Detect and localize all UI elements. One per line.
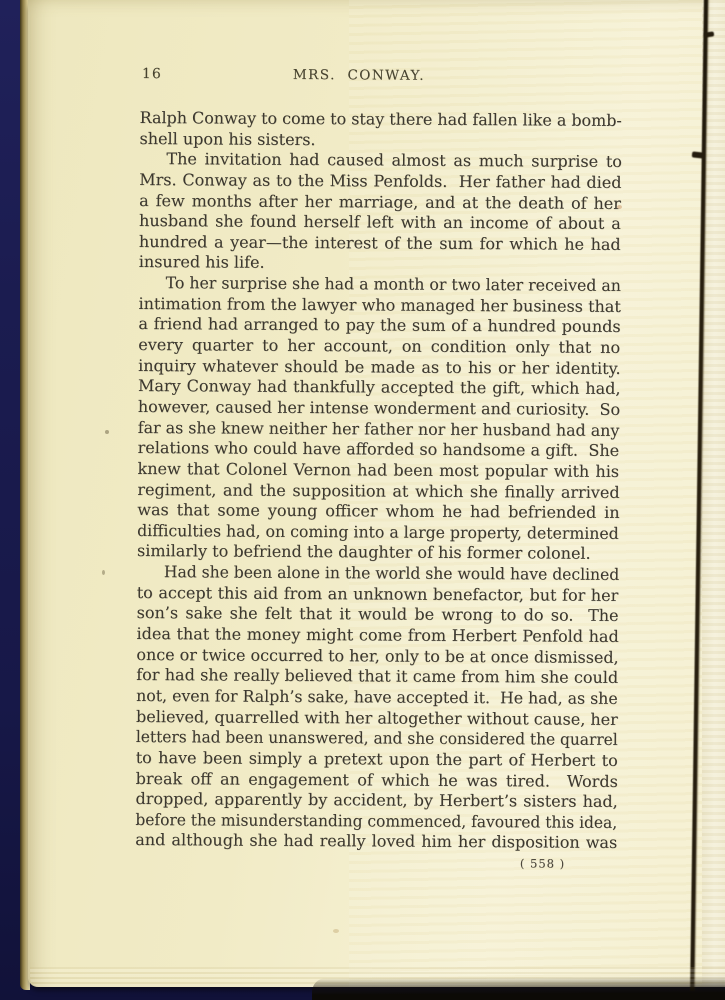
text-line: husband she found herself left with an i…	[139, 211, 621, 235]
text-line-content: insured his life.	[139, 252, 265, 273]
foxing-speck	[105, 430, 109, 434]
text-line: every quarter to her account, on conditi…	[138, 335, 620, 359]
text-line-content: letters had been unanswered, and she con…	[136, 727, 618, 751]
text-line-content: to have been simply a pretext upon the p…	[136, 748, 618, 772]
text-line-content: Had she been alone in the world she woul…	[164, 562, 619, 585]
text-line: shell upon his sisters.	[139, 129, 621, 153]
text-line: far as she knew neither her father nor h…	[138, 418, 620, 442]
text-line-content: was that some young officer whom he had …	[137, 500, 619, 524]
text-line: break off an engagement of which he was …	[136, 768, 618, 792]
text-line: intimation from the lawyer who managed h…	[138, 294, 620, 318]
text-line: to have been simply a pretext upon the p…	[136, 748, 618, 772]
text-line: a few months after her marriage, and at …	[139, 191, 621, 215]
text-line-content: hundred a year—the interest of the sum f…	[139, 232, 621, 256]
text-line: insured his life.	[139, 252, 621, 276]
text-line: to accept this aid from an unknown benef…	[137, 583, 619, 607]
text-line: not, even for Ralph’s sake, have accepte…	[136, 686, 618, 710]
text-line-content: Ralph Conway to come to stay there had f…	[140, 108, 622, 132]
text-line-content: for had she really believed that it came…	[136, 665, 618, 689]
text-line-content: regiment, and the supposition at which s…	[137, 480, 619, 504]
text-line: believed, quarrelled with her altogether…	[136, 707, 618, 731]
text-line-content: before the misunderstanding commenced, f…	[135, 810, 617, 834]
foxing-speck	[102, 570, 105, 575]
text-line-content: not, even for Ralph’s sake, have accepte…	[136, 686, 618, 710]
text-line: dropped, apparently by accident, by Herb…	[135, 789, 617, 813]
foxing-speck	[333, 929, 339, 933]
text-line-content: however, caused her intense wonderment a…	[138, 397, 620, 421]
running-header: MRS. CONWAY.	[118, 66, 600, 85]
plate-number: ( 558 )	[135, 854, 617, 871]
text-line: son’s sake she felt that it would be wro…	[137, 603, 619, 627]
text-line-content: To her surprise she had a month or two l…	[166, 273, 621, 296]
text-line-content: and although she had really loved him he…	[135, 830, 617, 854]
text-line: letters had been unanswered, and she con…	[136, 727, 618, 751]
text-line: however, caused her intense wonderment a…	[138, 397, 620, 421]
body-text: Ralph Conway to come to stay there had f…	[135, 108, 622, 854]
text-line-content: a few months after her marriage, and at …	[139, 191, 621, 215]
book-page: 16 MRS. CONWAY. Ralph Conway to come to …	[28, 0, 725, 987]
bottom-shadow	[312, 976, 725, 1000]
text-line-content: difficulties had, on coming into a large…	[137, 521, 619, 545]
text-line: Had she been alone in the world she woul…	[137, 562, 619, 586]
text-line-content: relations who could have afforded so han…	[138, 438, 620, 462]
text-line-content: to accept this aid from an unknown benef…	[137, 583, 619, 607]
text-line-content: Mary Conway had thankfully accepted the …	[138, 376, 621, 400]
text-line-content: break off an engagement of which he was …	[136, 768, 618, 792]
text-line-content: far as she knew neither her father nor h…	[138, 418, 620, 442]
text-line: difficulties had, on coming into a large…	[137, 521, 619, 545]
text-line: regiment, and the supposition at which s…	[137, 480, 619, 504]
text-line: once or twice occurred to her, only to b…	[136, 645, 618, 669]
text-line: inquiry whatever should be made as to hi…	[138, 356, 620, 380]
text-line-content: intimation from the lawyer who managed h…	[138, 294, 620, 318]
text-line-content: knew that Colonel Vernon had been most p…	[137, 459, 619, 483]
text-line-content: dropped, apparently by accident, by Herb…	[135, 789, 617, 813]
text-line-content: The invitation had caused almost as much…	[166, 149, 622, 172]
book-scan: 16 MRS. CONWAY. Ralph Conway to come to …	[0, 0, 725, 1000]
text-line: idea that the money might come from Herb…	[136, 624, 618, 648]
page-header: 16 MRS. CONWAY.	[140, 66, 622, 87]
text-line: a friend had arranged to pay the sum of …	[138, 314, 620, 338]
text-line: Ralph Conway to come to stay there had f…	[140, 108, 622, 132]
text-line: hundred a year—the interest of the sum f…	[139, 232, 621, 256]
text-line-content: son’s sake she felt that it would be wro…	[137, 603, 619, 627]
text-line-content: a friend had arranged to pay the sum of …	[138, 314, 620, 338]
text-line-content: inquiry whatever should be made as to hi…	[138, 356, 621, 380]
text-line: relations who could have afforded so han…	[138, 438, 620, 462]
text-line-content: idea that the money might come from Herb…	[136, 624, 618, 648]
text-line: To her surprise she had a month or two l…	[139, 273, 621, 297]
ink-notch	[692, 151, 705, 158]
text-line-content: believed, quarrelled with her altogether…	[136, 707, 618, 731]
text-line: Mrs. Conway as to the Miss Penfolds. Her…	[139, 170, 621, 194]
text-line: was that some young officer whom he had …	[137, 500, 619, 524]
text-line: for had she really believed that it came…	[136, 665, 618, 689]
text-line-content: shell upon his sisters.	[139, 129, 315, 151]
text-line-content: husband she found herself left with an i…	[139, 211, 621, 235]
text-line-content: once or twice occurred to her, only to b…	[136, 645, 618, 669]
text-line: The invitation had caused almost as much…	[139, 149, 621, 173]
text-line: and although she had really loved him he…	[135, 830, 617, 854]
text-line-content: similarly to befriend the daughter of hi…	[137, 541, 591, 564]
text-line: Mary Conway had thankfully accepted the …	[138, 376, 620, 400]
page-text-block: 16 MRS. CONWAY. Ralph Conway to come to …	[135, 66, 622, 871]
text-line: before the misunderstanding commenced, f…	[135, 810, 617, 834]
foxing-speck	[617, 205, 622, 209]
text-line-content: Mrs. Conway as to the Miss Penfolds. Her…	[139, 170, 621, 194]
text-line: similarly to befriend the daughter of hi…	[137, 541, 619, 565]
text-line: knew that Colonel Vernon had been most p…	[137, 459, 619, 483]
text-line-content: every quarter to her account, on conditi…	[138, 335, 620, 359]
